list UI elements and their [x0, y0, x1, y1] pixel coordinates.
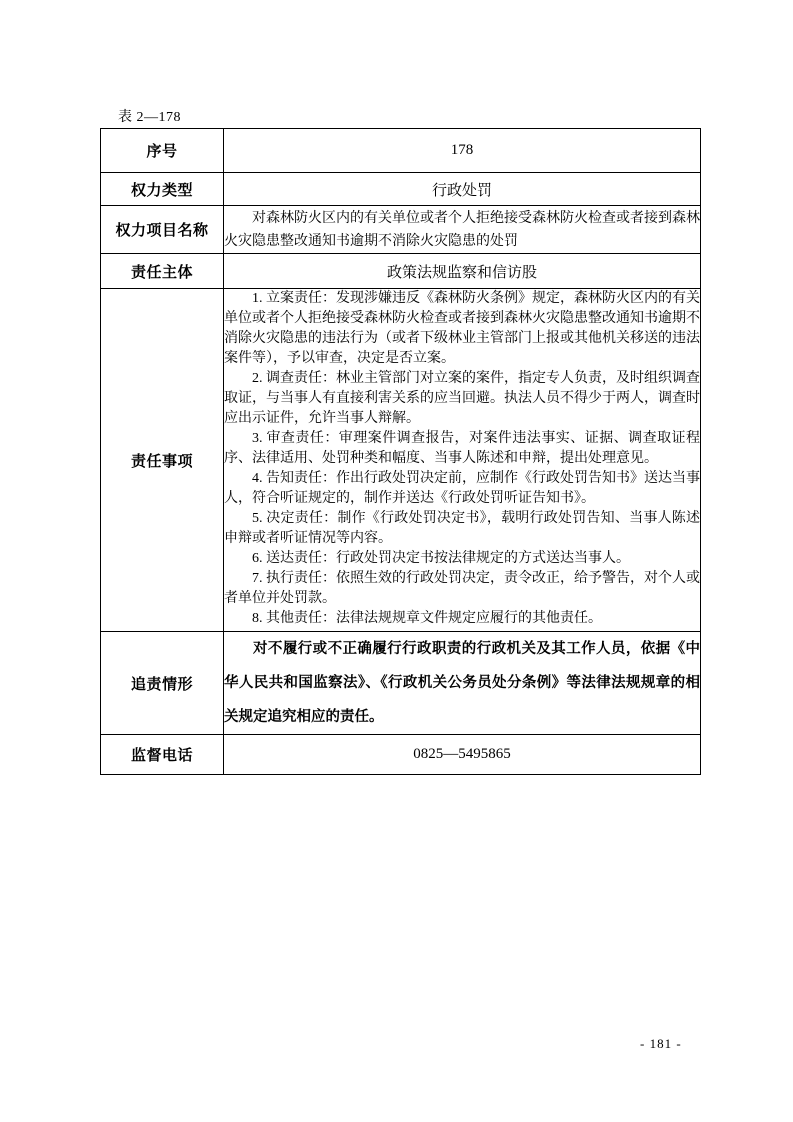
- duty-item-review: 3. 审查责任：审理案件调查报告，对案件违法事实、证据、调查取证程序、法律适用、…: [224, 429, 700, 469]
- value-power-type: 行政处罚: [224, 173, 701, 206]
- page-number: - 181 -: [640, 1036, 682, 1052]
- value-supervision-phone: 0825—5495865: [224, 735, 701, 775]
- label-power-item-name: 权力项目名称: [101, 206, 224, 254]
- duty-item-enforcement: 7. 执行责任：依照生效的行政处罚决定，责令改正，给予警告，对个人或者单位并处罚…: [224, 569, 700, 609]
- power-responsibility-table: 序号 178 权力类型 行政处罚 权力项目名称 对森林防火区内的有关单位或者个人…: [100, 128, 701, 775]
- label-power-type: 权力类型: [101, 173, 224, 206]
- power-item-name-text: 对森林防火区内的有关单位或者个人拒绝接受森林防火检查或者接到森林火灾隐患整改通知…: [224, 207, 700, 253]
- table-caption: 表 2—178: [118, 106, 181, 126]
- label-supervision-phone: 监督电话: [101, 735, 224, 775]
- value-serial-number: 178: [224, 129, 701, 173]
- duty-item-other: 8. 其他责任：法律法规规章文件规定应履行的其他责任。: [224, 609, 700, 629]
- table-row: 责任主体 政策法规监察和信访股: [101, 254, 701, 289]
- label-responsible-entity: 责任主体: [101, 254, 224, 289]
- value-power-item-name: 对森林防火区内的有关单位或者个人拒绝接受森林防火检查或者接到森林火灾隐患整改通知…: [224, 206, 701, 254]
- table-row: 监督电话 0825—5495865: [101, 735, 701, 775]
- label-responsibility-items: 责任事项: [101, 289, 224, 632]
- table-row: 追责情形 对不履行或不正确履行行政职责的行政机关及其工作人员，依据《中华人民共和…: [101, 632, 701, 735]
- duty-item-decision: 5. 决定责任：制作《行政处罚决定书》，载明行政处罚告知、当事人陈述申辩或者听证…: [224, 509, 700, 549]
- document-page: 表 2—178 序号 178 权力类型 行政处罚 权力项目名称 对森林防火区内的…: [0, 0, 793, 1122]
- value-responsibility-items: 1. 立案责任：发现涉嫌违反《森林防火条例》规定，森林防火区内的有关单位或者个人…: [224, 289, 701, 632]
- label-serial-number: 序号: [101, 129, 224, 173]
- duty-item-notification: 4. 告知责任：作出行政处罚决定前，应制作《行政处罚告知书》送达当事人，符合听证…: [224, 469, 700, 509]
- accountability-text: 对不履行或不正确履行行政职责的行政机关及其工作人员，依据《中华人民共和国监察法》…: [224, 632, 700, 734]
- value-responsible-entity: 政策法规监察和信访股: [224, 254, 701, 289]
- duty-item-delivery: 6. 送达责任：行政处罚决定书按法律规定的方式送达当事人。: [224, 549, 700, 569]
- table-row: 序号 178: [101, 129, 701, 173]
- duty-item-filing: 1. 立案责任：发现涉嫌违反《森林防火条例》规定，森林防火区内的有关单位或者个人…: [224, 289, 700, 369]
- duty-item-investigation: 2. 调查责任：林业主管部门对立案的案件，指定专人负责，及时组织调查取证，与当事…: [224, 369, 700, 429]
- table-row: 权力类型 行政处罚: [101, 173, 701, 206]
- table-row: 权力项目名称 对森林防火区内的有关单位或者个人拒绝接受森林防火检查或者接到森林火…: [101, 206, 701, 254]
- label-accountability-situations: 追责情形: [101, 632, 224, 735]
- table-row: 责任事项 1. 立案责任：发现涉嫌违反《森林防火条例》规定，森林防火区内的有关单…: [101, 289, 701, 632]
- value-accountability-situations: 对不履行或不正确履行行政职责的行政机关及其工作人员，依据《中华人民共和国监察法》…: [224, 632, 701, 735]
